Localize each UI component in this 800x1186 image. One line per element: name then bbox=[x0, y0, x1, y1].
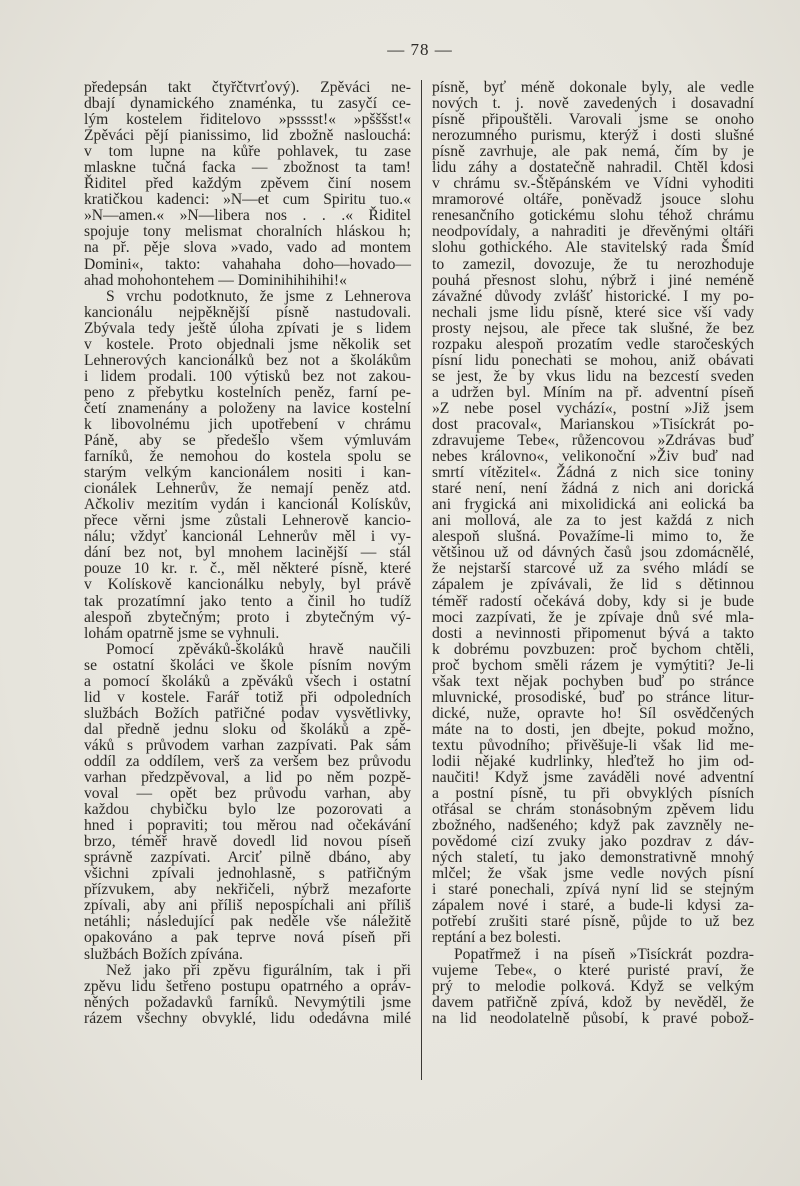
text-line: zápalem nové i staré, a bude-li kdysi za… bbox=[432, 898, 754, 914]
text-line: mlčel; že však jsme vedle nových písní bbox=[432, 866, 754, 882]
text-line: něných požadavků farníků. Nevymýtili jsm… bbox=[84, 995, 411, 1011]
text-line: mramorové oltáře, poněvadž jsouce slohu bbox=[432, 192, 754, 208]
text-line: k dobrému povzbuzen: proč bychom chtěli, bbox=[432, 642, 754, 658]
text-line: ahad mohohontehem — Dominihihihihi!« bbox=[84, 273, 411, 289]
text-line: otřásal se chrám stonásobným zpěvem lidu bbox=[432, 802, 754, 818]
text-line: mluvnické, prosodiské, buď po stránce li… bbox=[432, 690, 754, 706]
text-line: Páně, aby se předešlo všem výmluvám bbox=[84, 433, 411, 449]
text-line: lidu záhy a dostatečně nahradil. Chtěl k… bbox=[432, 160, 754, 176]
text-line: dosti a nevinnosti připomenut bývá a tak… bbox=[432, 626, 754, 642]
text-line: písní lidu ponechati se mohou, aniž obáv… bbox=[432, 353, 754, 369]
text-line: netáhli; následující pak neděle vše nále… bbox=[84, 914, 411, 930]
text-line: každou chybičku bylo lze pozorovati a bbox=[84, 802, 411, 818]
text-line: se jest, že by vkus lidu na bezcestí sve… bbox=[432, 369, 754, 385]
text-line: »Z nebe posel vychází«, postní »Již jsem bbox=[432, 401, 754, 417]
text-line: ani frygická ani mixolidická ani eolická… bbox=[432, 497, 754, 513]
page-number: — 78 — bbox=[0, 40, 800, 60]
text-line: v chrámu sv.-Štěpánském ve Vídni vyhodit… bbox=[432, 176, 754, 192]
text-line: písně připouštěli. Varovali jsme se onoh… bbox=[432, 112, 754, 128]
text-line: Popatřmež i na píseň »Tisíckrát pozdra- bbox=[432, 947, 754, 963]
text-line: Domini«, takto: vahahaha doho—hovado— bbox=[84, 257, 411, 273]
text-line: v Kolískově kancionálku nebyly, byl práv… bbox=[84, 577, 411, 593]
text-line: předepsán takt čtyřčtvrťový). Zpěváci ne… bbox=[84, 80, 411, 96]
text-line: zpěvu lidu šetřeno postupu opatrného a o… bbox=[84, 979, 411, 995]
text-line: proč bychom směli rázem je vymýtiti? Je-… bbox=[432, 658, 754, 674]
text-line: dal předně jednu sloku od školáků a zpě- bbox=[84, 722, 411, 738]
text-line: lid v kostele. Farář totiž při odpolední… bbox=[84, 690, 411, 706]
text-line: ani mollová, ale za to jest každá z nich bbox=[432, 513, 754, 529]
text-line: peno z přebytku kostelních peněz, farní … bbox=[84, 385, 411, 401]
text-line: lodii nějaké kudrlinky, hleďtež ho jim o… bbox=[432, 754, 754, 770]
text-line: lohám opatrně jsme se vyhnuli. bbox=[84, 626, 411, 642]
text-line: v kostele. Proto objednali jsme několik … bbox=[84, 337, 411, 353]
text-line: máte na to dosti, jen dbejte, pokud možn… bbox=[432, 722, 754, 738]
book-page: — 78 — předepsán takt čtyřčtvrťový). Zpě… bbox=[0, 0, 800, 1186]
text-line: kancionálu nejpěknější písně nastudovali… bbox=[84, 305, 411, 321]
text-line: přízvukem, aby nekřičeli, nýbrž mezafort… bbox=[84, 882, 411, 898]
text-line: textu původního; přivěšuje-li však lid m… bbox=[432, 738, 754, 754]
text-line: naučiti! Když jsme zaváděli nové adventn… bbox=[432, 770, 754, 786]
column-divider bbox=[421, 80, 422, 1080]
text-line: a pomocí školáků a zpěváků všech i ostat… bbox=[84, 674, 411, 690]
text-line: četí znamenány a položeny na lavice kost… bbox=[84, 401, 411, 417]
left-text-column: předepsán takt čtyřčtvrťový). Zpěváci ne… bbox=[84, 80, 411, 1027]
text-line: dost pracoval«, Marianskou »Tisíckrát po… bbox=[432, 417, 754, 433]
text-line: moci zazpívati, že je zpívaje dnů své ml… bbox=[432, 610, 754, 626]
text-line: závažné důvody zvlášť historické. I my p… bbox=[432, 289, 754, 305]
text-line: písně, byť méně dokonale byly, ale vedle bbox=[432, 80, 754, 96]
text-line: alespoň slušná. Považíme-li mimo to, že bbox=[432, 529, 754, 545]
text-line: váků s průvodem varhan zazpívati. Pak sá… bbox=[84, 738, 411, 754]
text-line: davem patřičně zpívá, kdož by nevěděl, ž… bbox=[432, 995, 754, 1011]
text-line: opakováno a pak teprve nová píseň při bbox=[84, 930, 411, 946]
text-line: spojuje tony melismat choralních hláskou… bbox=[84, 224, 411, 240]
text-line: Zpěváci pějí pianissimo, lid zbožně nasl… bbox=[84, 128, 411, 144]
text-line: slohu gothického. Ale stavitelský rada Š… bbox=[432, 240, 754, 256]
text-line: cionálek Lehnerův, že nemají peněz atd. bbox=[84, 481, 411, 497]
text-line: tak prozatímní jako tento a činil ho tud… bbox=[84, 594, 411, 610]
text-line: brzo, téměř hravě dovedl lid novou píseň bbox=[84, 834, 411, 850]
text-line: písně zavrhuje, ale pak nemá, čím by je bbox=[432, 144, 754, 160]
text-line: prosty nejsou, ale přece tak slušné, že … bbox=[432, 321, 754, 337]
text-line: dické, nuže, opravte ho! Síl osvědčených bbox=[432, 706, 754, 722]
text-line: to zamezil, dovozuje, že tu nerozhoduje bbox=[432, 257, 754, 273]
text-line: Pomocí zpěváků-školáků hravě naučili bbox=[84, 642, 411, 658]
text-line: Ačkoliv mezitím vydán i kancionál Kolísk… bbox=[84, 497, 411, 513]
text-line: zdravujeme Tebe«, růžencovou »Zdrávas bu… bbox=[432, 433, 754, 449]
text-line: povědomé cizí zvuky jako pozdrav z dáv- bbox=[432, 834, 754, 850]
text-line: renesančního gotickému slohu téhož chrám… bbox=[432, 208, 754, 224]
text-line: vujeme Tebe«, o které puristé praví, že bbox=[432, 963, 754, 979]
text-line: nebes královno«, velikonoční »Živ buď na… bbox=[432, 449, 754, 465]
text-line: farníků, že nemohou do kostela spolu se bbox=[84, 449, 411, 465]
text-line: rázem všechny obvyklé, lidu odedávna mil… bbox=[84, 1011, 411, 1027]
text-line: nálu; vždyť kancionál Lehnerův měl i vy- bbox=[84, 529, 411, 545]
text-line: prý to melodie polková. Když se velkým bbox=[432, 979, 754, 995]
text-line: a udržen byl. Míním na př. adventní píse… bbox=[432, 385, 754, 401]
text-line: voval — opět bez průvodu varhan, aby bbox=[84, 786, 411, 802]
text-line: přece věrni jsme zůstali Lehnerově kanci… bbox=[84, 513, 411, 529]
text-line: službách Božích zpívána. bbox=[84, 947, 411, 963]
text-line: nechali jsme lidu písně, které sice vší … bbox=[432, 305, 754, 321]
text-line: k libovolnému jich upotřebení v chrámu bbox=[84, 417, 411, 433]
text-line: dání bez not, byl mnohem lacinější — stá… bbox=[84, 545, 411, 561]
text-line: mlaskne tučná facka — zbožnost ta tam! bbox=[84, 160, 411, 176]
text-line: všichni zpívali jednohlasně, s patřičným bbox=[84, 866, 411, 882]
text-line: v tom lupne na kůře pohlavek, tu zase bbox=[84, 144, 411, 160]
text-line: pouze 10 kr. r. č., měl některé písně, k… bbox=[84, 561, 411, 577]
text-line: na lid neodolatelně působí, k pravé pobo… bbox=[432, 1011, 754, 1027]
text-line: i lidem prodali. 100 výtisků bez not zak… bbox=[84, 369, 411, 385]
text-line: reptání a bez bolesti. bbox=[432, 930, 754, 946]
text-line: nerozumného purismu, kterýž i dosti sluš… bbox=[432, 128, 754, 144]
text-line: správně zazpívati. Arciť pilně dbáno, ab… bbox=[84, 850, 411, 866]
text-line: zápalem je zpívávali, že lid s dětinnou bbox=[432, 577, 754, 593]
text-line: pouhá přesnost slohu, nýbrž i jiné nemén… bbox=[432, 273, 754, 289]
text-line: zpívali, aby ani příliš nepospíchali ani… bbox=[84, 898, 411, 914]
text-line: téměř radostí očekává doby, kdy si je bu… bbox=[432, 594, 754, 610]
text-line: »N—amen.« »N—libera nos . . .« Řiditel bbox=[84, 208, 411, 224]
text-line: alespoň zbytečným; proto i zbytečným vý- bbox=[84, 610, 411, 626]
text-line: službách Božích patřičné podav vysvětliv… bbox=[84, 706, 411, 722]
text-line: kratičkou kadenci: »N—et cum Spiritu tuo… bbox=[84, 192, 411, 208]
text-line: však text nějak pochyben buď po stránce bbox=[432, 674, 754, 690]
text-line: hned i popraviti; tou měrou nad očekáván… bbox=[84, 818, 411, 834]
text-line: S vrchu podotknuto, že jsme z Lehnerova bbox=[84, 289, 411, 305]
text-line: Řiditel před každým zpěvem činí nosem bbox=[84, 176, 411, 192]
text-line: se ostatní školáci ve škole písním novým bbox=[84, 658, 411, 674]
text-line: většinou už od dávných časů jsou zdomácn… bbox=[432, 545, 754, 561]
text-line: potřebí zrušiti staré písně, půjde to už… bbox=[432, 914, 754, 930]
text-line: dbají dynamického znaménka, tu zasyčí ce… bbox=[84, 96, 411, 112]
text-line: varhan předzpěvoval, a lid po něm pozpě- bbox=[84, 770, 411, 786]
text-line: Než jako při zpěvu figurálním, tak i při bbox=[84, 963, 411, 979]
text-line: ných staletí, tu jako demonstrativně mno… bbox=[432, 850, 754, 866]
text-line: starým velkým kancionálem nositi i kan- bbox=[84, 465, 411, 481]
text-line: lým kostelem řiditelovo »psssst!« »pšššs… bbox=[84, 112, 411, 128]
text-line: i staré ponechali, zpívá nyní lid se ste… bbox=[432, 882, 754, 898]
text-line: že nejstarší starcové už za svého mládí … bbox=[432, 561, 754, 577]
text-line: a postní písně, tu při obvyklých písních bbox=[432, 786, 754, 802]
text-line: nových t. j. nově zavedených i dosavadní bbox=[432, 96, 754, 112]
text-line: Lehnerových kancionálků bez not a školák… bbox=[84, 353, 411, 369]
right-text-column: písně, byť méně dokonale byly, ale vedle… bbox=[432, 80, 754, 1027]
text-line: staré není, není žádná z nich ani dorick… bbox=[432, 481, 754, 497]
text-line: Zbývala tedy ještě úloha zpívati je s li… bbox=[84, 321, 411, 337]
text-line: rozpaku alespoň prozatím vedle staročesk… bbox=[432, 337, 754, 353]
text-line: oddíl za oddílem, verš za veršem bez prů… bbox=[84, 754, 411, 770]
text-line: na př. pěje slova »vado, vado ad montem bbox=[84, 240, 411, 256]
text-line: neodpovídaly, a nahraditi je dřevěnými o… bbox=[432, 224, 754, 240]
text-line: smrtí vítězitel«. Žádná z nich sice toni… bbox=[432, 465, 754, 481]
text-line: zbožného, nadšeného; když pak zavzněly n… bbox=[432, 818, 754, 834]
